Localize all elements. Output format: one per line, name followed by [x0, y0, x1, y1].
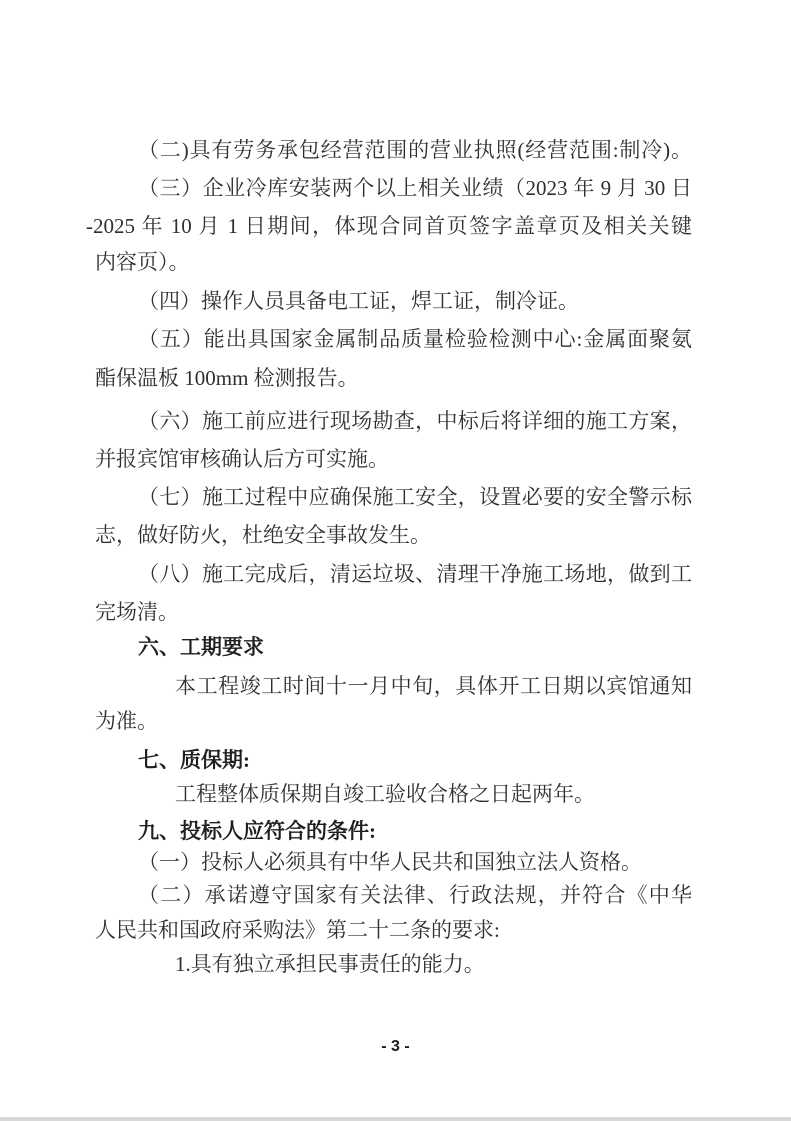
doc-line-site-survey-1: （六）施工前应进行现场勘查，中标后将详细的施工方案，	[95, 402, 692, 440]
doc-line-test-report-2: 酯保温板 100mm 检测报告。	[95, 359, 692, 397]
doc-line-warranty-detail: 工程整体质保期自竣工验收合格之日起两年。	[95, 775, 692, 813]
doc-line-completion-time-1: 本工程竣工时间十一月中旬，具体开工日期以宾馆通知	[95, 667, 692, 705]
doc-line-safety-1: （七）施工过程中应确保施工安全，设置必要的安全警示标	[95, 478, 692, 516]
doc-line-civil-liability: 1.具有独立承担民事责任的能力。	[95, 945, 692, 983]
doc-line-safety-2: 志，做好防火，杜绝安全事故发生。	[95, 516, 692, 554]
doc-line-operator-certs: （四）操作人员具备电工证，焊工证，制冷证。	[95, 282, 692, 320]
doc-line-completion-time-2: 为准。	[95, 702, 692, 740]
doc-line-law-compliance-2: 人民共和国政府采购法》第二十二条的要求:	[95, 911, 692, 949]
doc-line-cleanup-1: （八）施工完成后，清运垃圾、清理干净施工场地，做到工	[95, 555, 692, 593]
document-page: （二)具有劳务承包经营范围的营业执照(经营范围:制冷)。 （三）企业冷库安装两个…	[0, 0, 791, 1121]
doc-line-cleanup-2: 完场清。	[95, 593, 692, 631]
page-number: - 3 -	[0, 1036, 791, 1058]
doc-line-performance-record-1: （三）企业冷库安装两个以上相关业绩（2023 年 9 月 30 日	[95, 169, 692, 207]
doc-line-test-report-1: （五）能出具国家金属制品质量检验检测中心:金属面聚氨	[95, 320, 692, 358]
doc-line-business-license: （二)具有劳务承包经营范围的营业执照(经营范围:制冷)。	[95, 131, 692, 169]
doc-line-performance-record-2: -2025 年 10 月 1 日期间，体现合同首页签字盖章页及相关关键	[95, 207, 692, 245]
doc-line-site-survey-2: 并报宾馆审核确认后方可实施。	[95, 440, 692, 478]
heading-construction-period: 六、工期要求	[95, 628, 692, 666]
doc-line-performance-record-3: 内容页）。	[95, 243, 692, 281]
heading-warranty-period: 七、质保期:	[95, 741, 692, 779]
doc-line-law-compliance-1: （二）承诺遵守国家有关法律、行政法规，并符合《中华	[95, 876, 692, 914]
page-bottom-edge	[0, 1117, 791, 1121]
